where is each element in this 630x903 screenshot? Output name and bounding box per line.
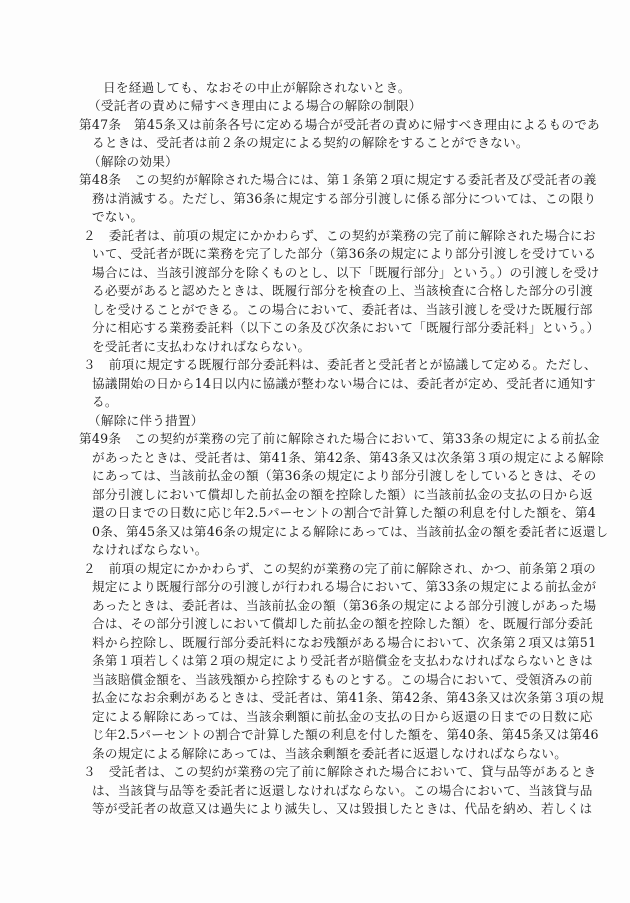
text-line: 合は、その部分引渡しにおいて償却した前払金の額を控除した額）を、既履行部分委託 (92, 615, 593, 634)
text-line: しを受けることができる。この場合において、委託者は、当該引渡しを受けた既履行部 (92, 301, 593, 320)
section-heading: （受託者の責めに帰すべき理由による場合の解除の制限） (88, 97, 422, 116)
text-line: 還の日までの日数に応じ年2.5パーセントの割合で計算した額の利息を付した額を、第… (92, 504, 596, 523)
text-line: 務は消滅する。ただし、第36条に規定する部分引渡しに係る部分については、この限り (92, 190, 596, 209)
article-line: 第48条 この契約が解除された場合には、第１条第２項に規定する委託者及び受託者の… (79, 171, 596, 190)
text-line: あったときは、委託者は、当該前払金の額（第36条の規定による部分引渡しがあった場 (92, 597, 596, 616)
text-line: 部分引渡しにおいて償却した前払金の額を控除した額）に当該前払金の支払の日から返 (92, 486, 593, 505)
text-line: 協議開始の日から14日以内に協議が整わない場合には、委託者が定め、受託者に通知す (92, 375, 596, 394)
text-line: 料から控除し、既履行部分委託料になお残額がある場合において、次条第２項又は第51 (92, 634, 596, 653)
text-line: を受託者に支払わなければならない。 (92, 338, 310, 357)
text-line: があったときは、受託者は、第41条、第42条、第43条又は次条第３項の規定による… (92, 449, 604, 468)
text-line: 日を経過しても、なおその中止が解除されないとき。 (103, 79, 411, 98)
section-heading: （解除に伴う措置） (88, 412, 204, 431)
text-line: 場合には、当該引渡部分を除くものとし、以下「既履行部分」という。）の引渡しを受け (92, 264, 599, 283)
text-line: 当該賠償金額を、当該残額から控除するものとする。この場合において、受領済みの前 (92, 671, 593, 690)
text-line: 分に相応する業務委託料（以下この条及び次条において「既履行部分委託料」という。） (92, 319, 599, 338)
paragraph-line: ２ 委託者は、前項の規定にかかわらず、この契約が業務の完了前に解除された場合にお (83, 227, 596, 246)
text-line: 条の規定による解除にあっては、当該余剰額を委託者に返還しなければならない。 (92, 745, 567, 764)
text-line: 定による解除にあっては、当該余剰額に前払金の支払の日から返還の日までの日数に応 (92, 708, 593, 727)
article-line: 第47条 第45条又は前条各号に定める場合が受託者の責めに帰すべき理由によるもの… (79, 116, 600, 135)
article-line: 第49条 この契約が業務の完了前に解除された場合において、第33条の規定による前… (79, 430, 600, 449)
text-line: は、当該貸与品等を委託者に返還しなければならない。この場合において、当該貸与品 (92, 782, 593, 801)
text-line: じ年2.5パーセントの割合で計算した額の利息を付した額を、第40条、第45条又は… (92, 726, 599, 745)
text-line: でない。 (92, 208, 143, 227)
paragraph-line: ２ 前項の規定にかかわらず、この契約が業務の完了前に解除され、かつ、前条第２項の (83, 560, 596, 579)
text-line: 0条、第45条又は第46条の規定による解除にあっては、当該前払金の額を委託者に返… (92, 523, 608, 542)
paragraph-line: ３ 前項に規定する既履行部分委託料は、委託者と受託者とが協議して定める。ただし、 (83, 356, 597, 375)
text-line: 規定により既履行部分の引渡しが行われる場合において、第33条の規定による前払金が (92, 578, 596, 597)
section-heading: （解除の効果） (88, 153, 178, 172)
text-line: なければならない。 (92, 541, 208, 560)
text-line: 払金になお余剰があるときは、受託者は、第41条、第42条、第43条又は次条第３項… (92, 689, 604, 708)
paragraph-line: ３ 受託者は、この契約が業務の完了前に解除された場合において、貸与品等があるとき (83, 763, 597, 782)
text-line: る。 (92, 393, 118, 412)
text-line: 等が受託者の故意又は過失により滅失し、又は毀損したときは、代品を納め、若しくは (92, 800, 592, 819)
text-line: 条第１項若しくは第２項の規定により受託者が賠償金を支払わなければならないときは (92, 652, 593, 671)
text-line: る必要があると認めたときは、既履行部分を検査の上、当該検査に合格した部分の引渡 (92, 282, 593, 301)
text-line: にあっては、当該前払金の額（第36条の規定により部分引渡しをしているときは、その (92, 467, 596, 486)
text-line: いて、受託者が既に業務を完了した部分（第36条の規定により部分引渡しを受けている (92, 245, 596, 264)
text-line: るときは、受託者は前２条の規定による契約の解除をすることができない。 (92, 134, 529, 153)
